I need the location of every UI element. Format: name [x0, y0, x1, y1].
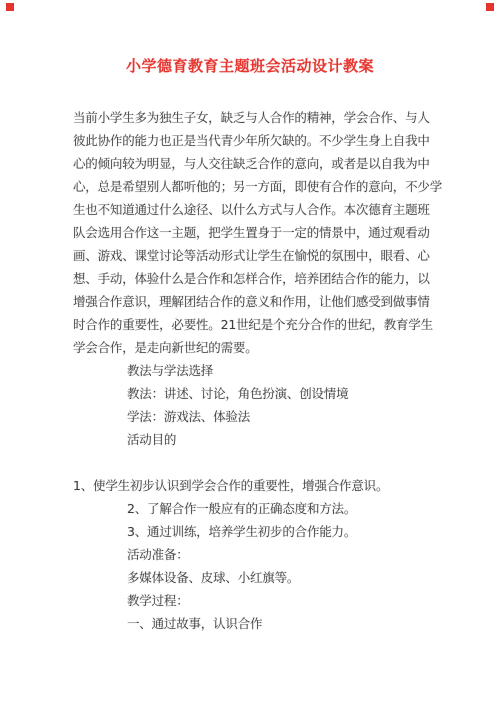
- document-line: 生也不知道通过什么途径、以什么方式与人合作。本次德育主题班: [73, 198, 440, 221]
- document-line: 当前小学生多为独生子女，缺乏与人合作的精神，学会合作、与人: [73, 106, 440, 129]
- document-line: 3、通过训练，培养学生初步的合作能力。: [73, 520, 440, 543]
- document-line: 增强合作意识，理解团结合作的意义和作用，让他们感受到做事情: [73, 290, 440, 313]
- document-line: 一、通过故事，认识合作: [73, 612, 440, 635]
- document-line: 多媒体设备、皮球、小红旗等。: [73, 566, 440, 589]
- document-line: 1、使学生初步认识到学会合作的重要性，增强合作意识。: [73, 474, 440, 497]
- document-line: 心，总是希望别人都听他的；另一方面，即使有合作的意向，不少学: [73, 175, 440, 198]
- document-line: 2、了解合作一般应有的正确态度和方法。: [73, 497, 440, 520]
- document-line: 活动目的: [73, 428, 440, 451]
- document-line: 学法：游戏法、体验法: [73, 405, 440, 428]
- document-line: 教法与学法选择: [73, 359, 440, 382]
- document-line: 学会合作，是走向新世纪的需要。: [73, 336, 440, 359]
- corner-mark-left: [6, 3, 14, 11]
- blank-line: [73, 451, 440, 474]
- document-body: 当前小学生多为独生子女，缺乏与人合作的精神，学会合作、与人彼此协作的能力也正是当…: [73, 106, 440, 635]
- document-line: 活动准备：: [73, 543, 440, 566]
- document-page: { "page": { "background": "#ffffff", "ac…: [0, 0, 500, 707]
- document-line: 彼此协作的能力也正是当代青少年所欠缺的。不少学生身上自我中: [73, 129, 440, 152]
- corner-mark-right: [486, 3, 494, 11]
- document-line: 队会选用合作这一主题，把学生置身于一定的情景中，通过观看动: [73, 221, 440, 244]
- document-line: 时合作的重要性，必要性。21世纪是个充分合作的世纪，教育学生: [73, 313, 440, 336]
- document-line: 画、游戏、课堂讨论等活动形式让学生在愉悦的氛围中，眼看、心: [73, 244, 440, 267]
- document-line: 心的倾向较为明显，与人交往缺乏合作的意向，或者是以自我为中: [73, 152, 440, 175]
- document-line: 教学过程：: [73, 589, 440, 612]
- document-line: 想、手动，体验什么是合作和怎样合作，培养团结合作的能力，以: [73, 267, 440, 290]
- document-line: 教法：讲述、讨论，角色扮演、创设情境: [73, 382, 440, 405]
- page-title: 小学德育教育主题班会活动设计教案: [0, 55, 500, 76]
